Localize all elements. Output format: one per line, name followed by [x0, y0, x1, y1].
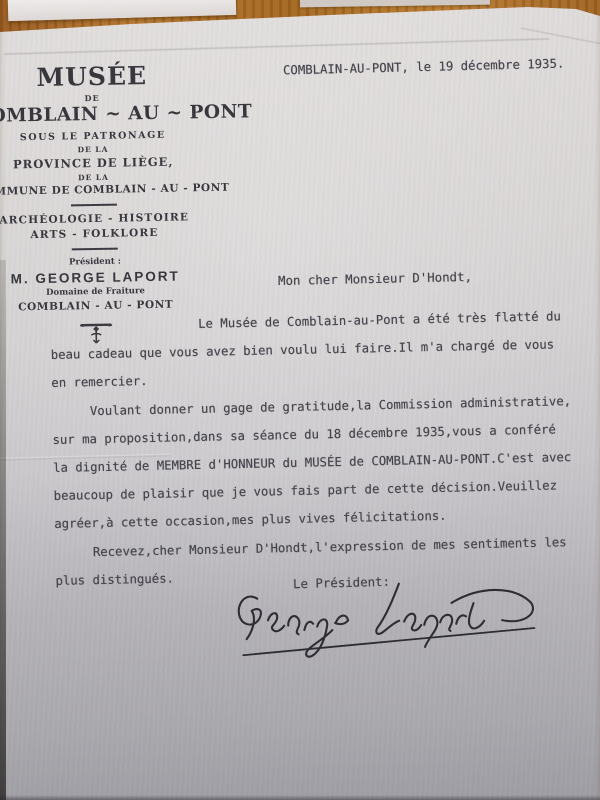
patronage-line: SOUS LE PATRONAGE [0, 129, 211, 144]
president-city: COMBLAIN - AU - PONT [0, 298, 214, 314]
president-domain: Domaine de Fraiture [0, 285, 214, 299]
photo-edge-shadow-left [0, 260, 6, 800]
signature [231, 572, 554, 663]
photo-edge-shadow-bottom [0, 795, 600, 800]
province-line: PROVINCE DE LIÈGE, [0, 154, 211, 172]
letterhead: MUSÉE DE COMBLAIN ~ AU ~ PONT SOUS LE PA… [0, 60, 214, 352]
letter-paper: MUSÉE DE COMBLAIN ~ AU ~ PONT SOUS LE PA… [0, 0, 600, 800]
photo-of-letter: MUSÉE DE COMBLAIN ~ AU ~ PONT SOUS LE PA… [0, 0, 600, 800]
topics-line-1: ARCHÉOLOGIE - HISTOIRE [0, 211, 212, 227]
museum-city: COMBLAIN ~ AU ~ PONT [0, 102, 211, 127]
museum-title: MUSÉE [0, 60, 210, 93]
letterhead-divider-2 [72, 248, 118, 251]
president-name: M. GEORGE LAPORT [0, 268, 213, 287]
topics-line-2: ARTS - FOLKLORE [0, 226, 213, 242]
letter-body: Le Musée de Comblain-au-Pont a été très … [50, 308, 596, 601]
president-label: Président : [0, 255, 213, 269]
commune-line: COMMUNE DE COMBLAIN - AU - PONT [0, 182, 212, 198]
letterhead-divider-1 [71, 204, 117, 207]
